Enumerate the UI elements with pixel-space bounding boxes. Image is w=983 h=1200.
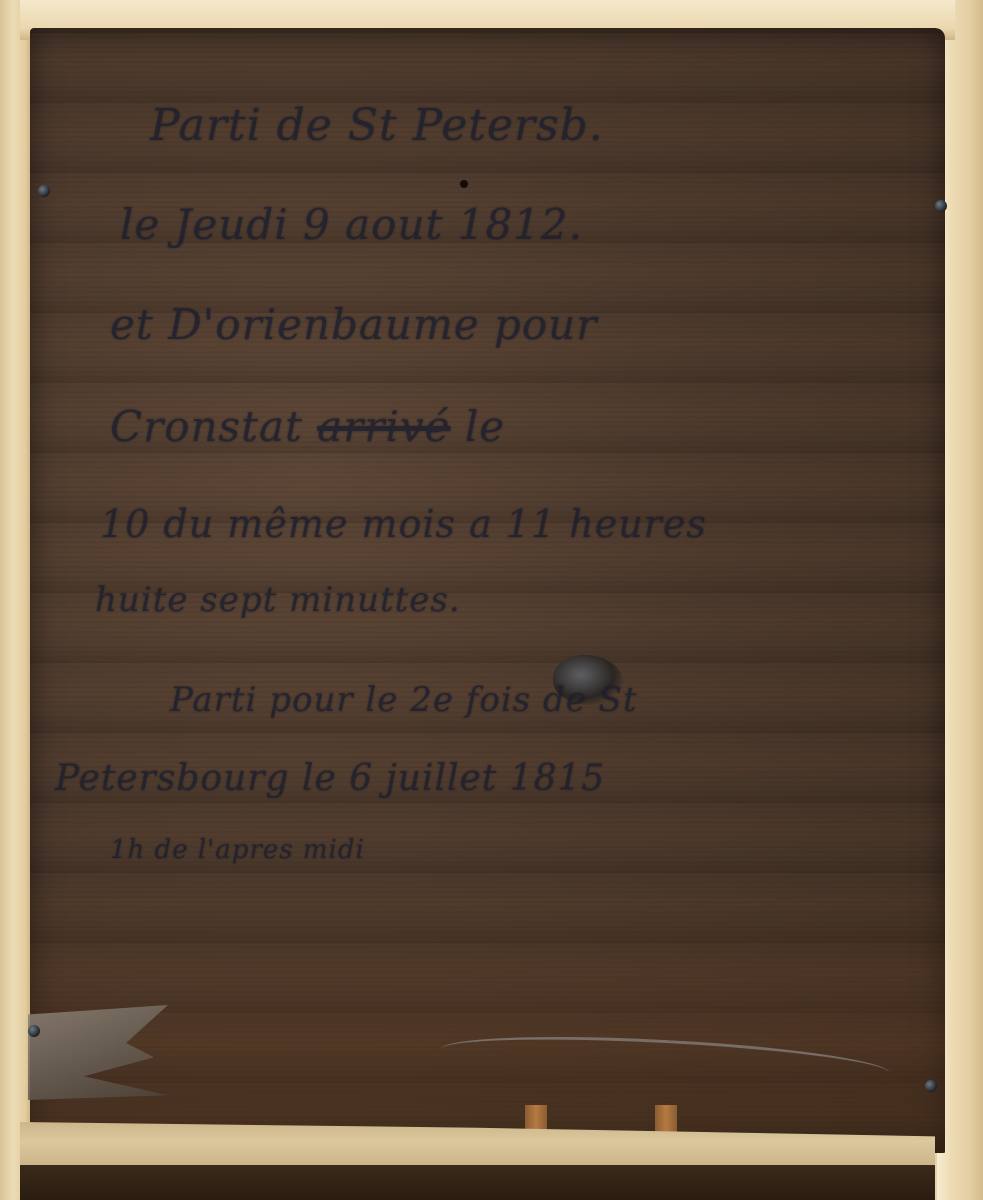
nail-icon [935, 200, 947, 212]
nail-icon [925, 1080, 937, 1092]
inscription-text: le [450, 402, 505, 451]
frame-left [0, 0, 32, 1200]
inscription-line-7: Parti pour le 2e fois de St [170, 680, 638, 720]
struck-word: arrivé [317, 402, 450, 451]
inscription-line-5: 10 du même mois a 11 heures [100, 502, 707, 546]
inscription-line-1: Parti de St Petersb. [150, 100, 604, 151]
inscription-line-6: huite sept minuttes. [95, 580, 461, 620]
nail-icon [38, 185, 50, 197]
nail-hole [460, 180, 468, 188]
nail-icon [28, 1025, 40, 1037]
inscription-line-4: Cronstat arrivé le [110, 402, 505, 451]
inscription-line-2: le Jeudi 9 aout 1812. [120, 200, 583, 249]
panel-stain [30, 880, 945, 1153]
frame-base [20, 1165, 935, 1200]
inscription-line-3: et D'orienbaume pour [110, 300, 597, 349]
inscription-line-8: Petersbourg le 6 juillet 1815 [55, 758, 605, 799]
inscription-text: Cronstat [110, 402, 317, 451]
inscription-line-9: 1h de l'apres midi [110, 835, 365, 865]
